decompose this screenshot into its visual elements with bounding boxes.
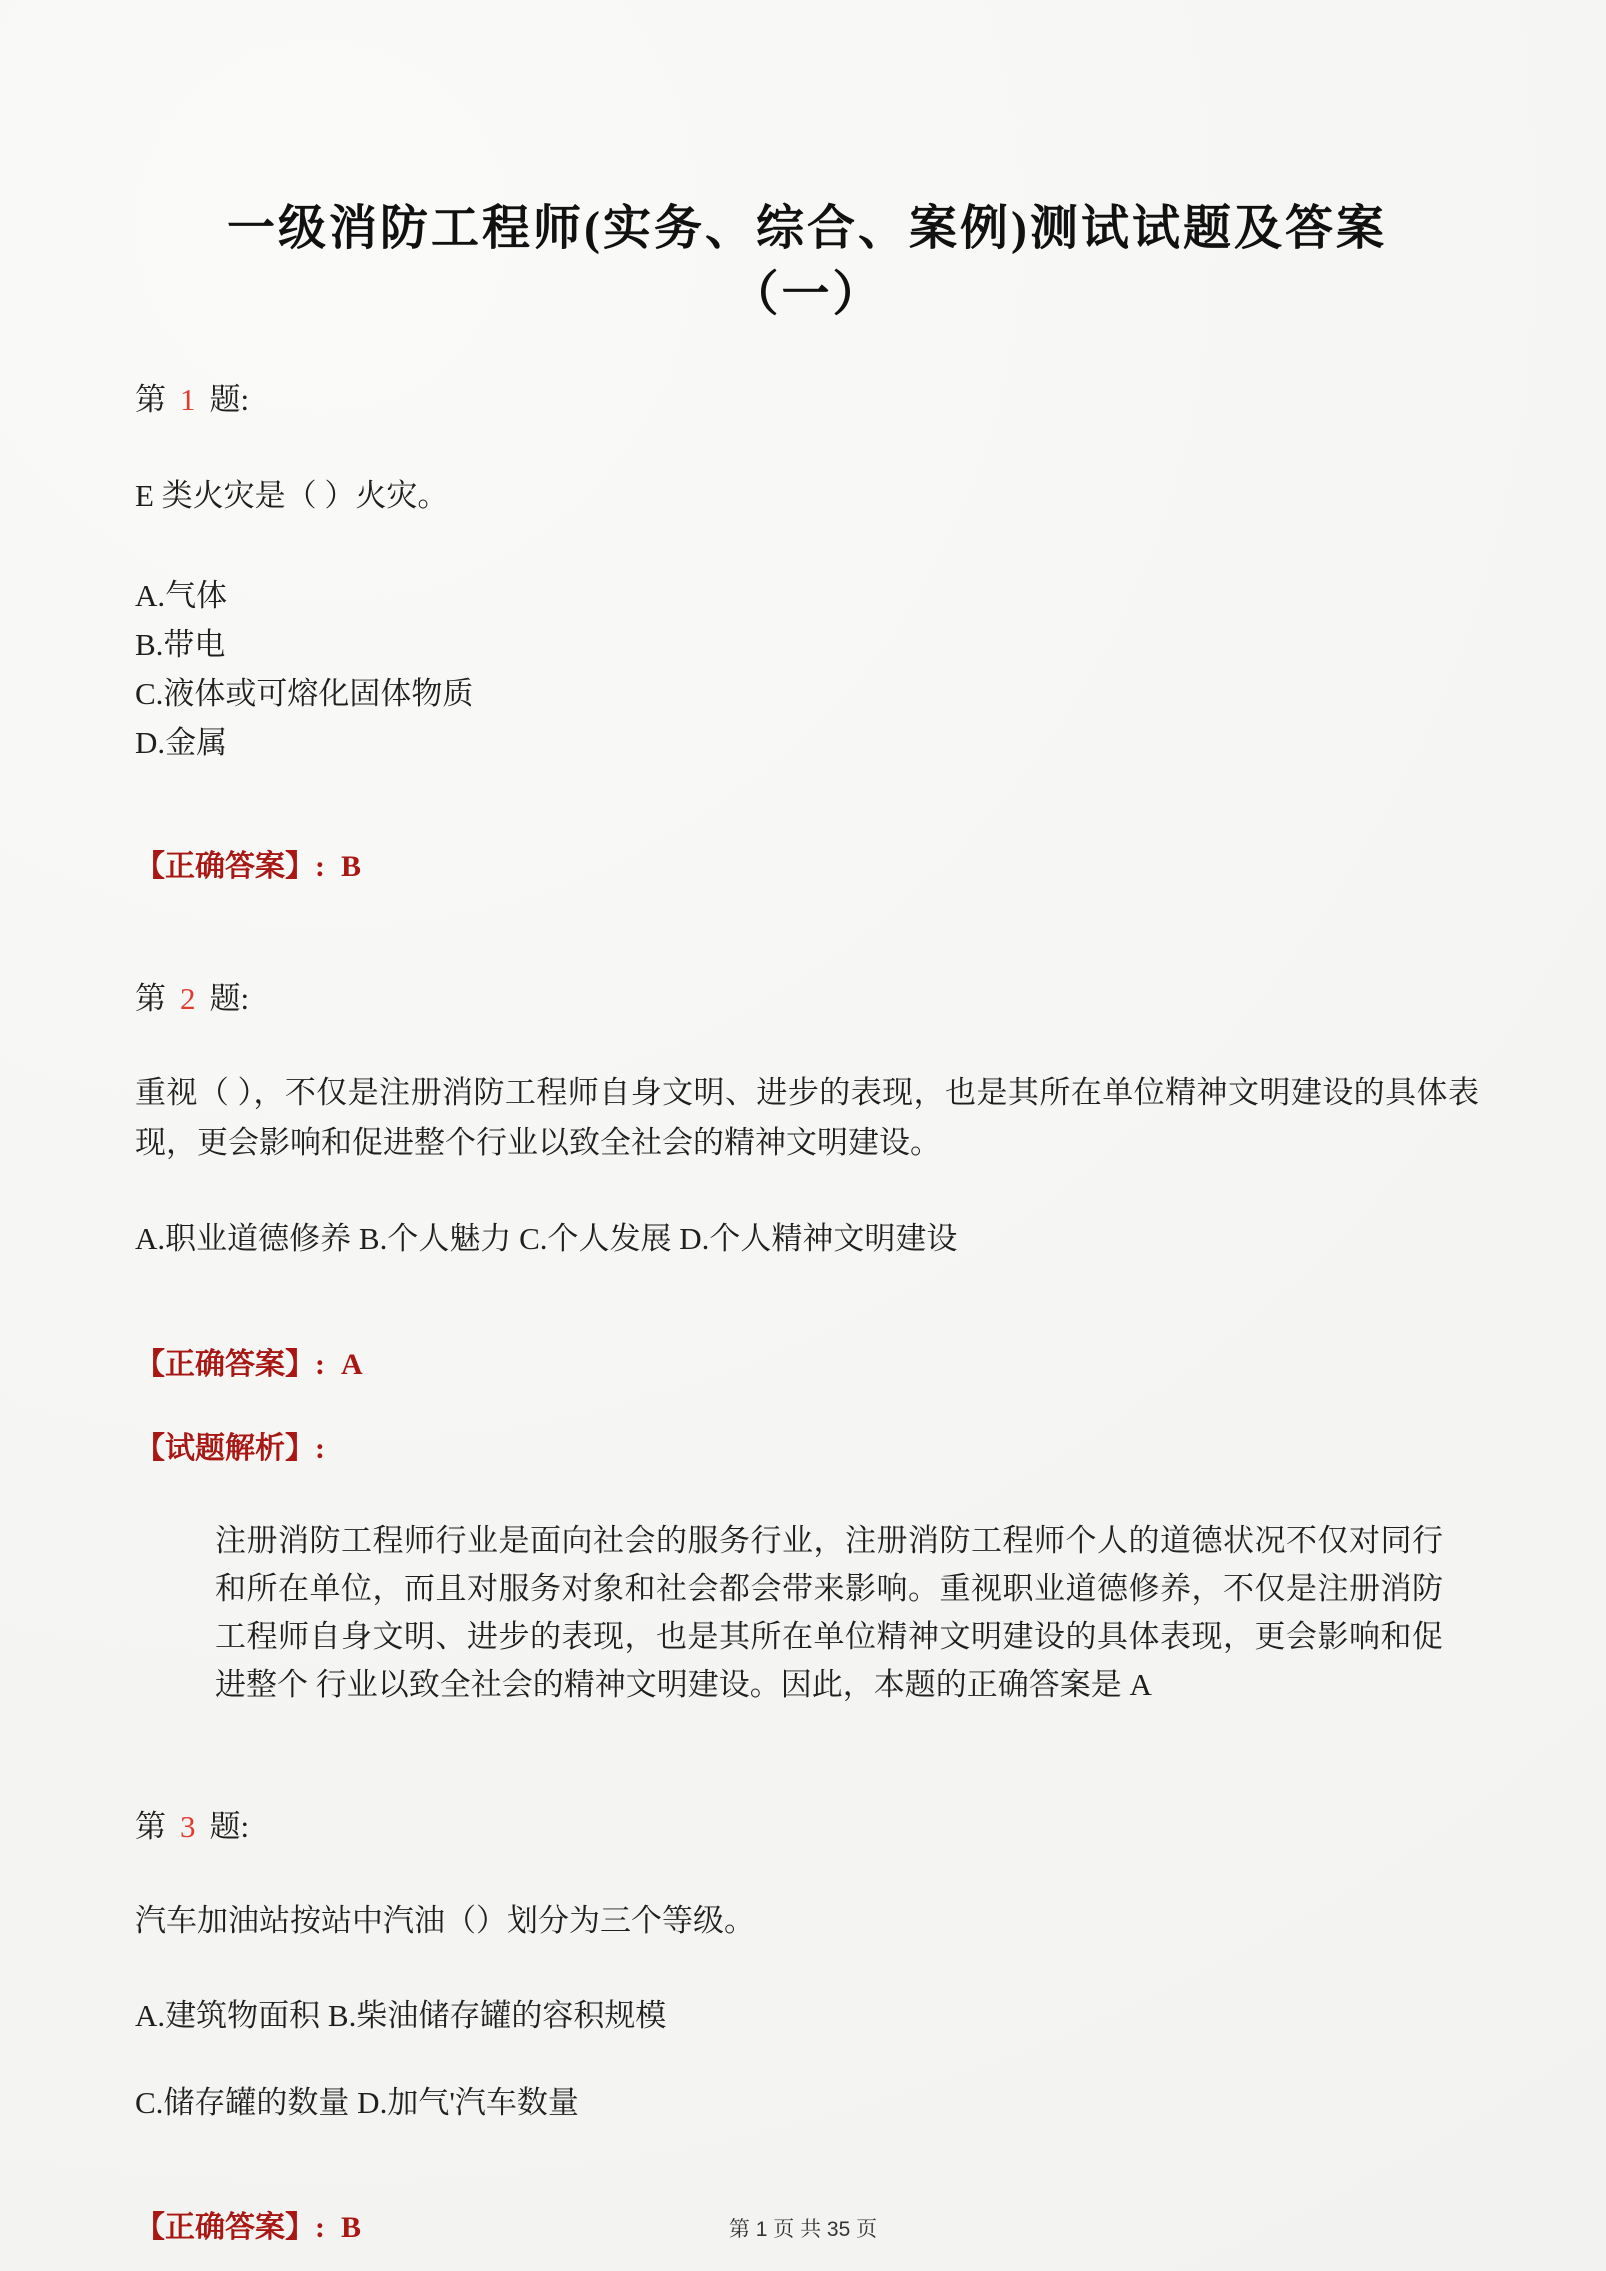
page-title-line2: （一） <box>135 262 1479 328</box>
question-3-options-row-cd: C.储存罐的数量 D.加气'汽车数量 <box>135 2077 1479 2122</box>
question-1-option-d: D.金属 <box>135 718 1479 767</box>
question-1-options: A.气体 B.带电 C.液体或可熔化固体物质 D.金属 <box>135 571 1479 767</box>
question-2-answer: A <box>341 1348 363 1381</box>
question-3-number: 3 <box>180 1809 196 1844</box>
page-title: 一级消防工程师(实务、综合、案例)测试试题及答案 （一） <box>135 0 1479 328</box>
question-1-answer-line: 【正确答案】:B <box>135 841 1479 885</box>
question-2-options: A.职业道德修养 B.个人魅力 C.个人发展 D.个人精神文明建设 <box>135 1214 1479 1263</box>
question-prefix: 第 <box>135 382 166 417</box>
question-2-options-row: A.职业道德修养 B.个人魅力 C.个人发展 D.个人精神文明建设 <box>135 1214 1479 1263</box>
page-footer: 第 1 页 共 35 页 <box>0 2213 1606 2243</box>
question-2-stem: 重视（ ），不仅是注册消防工程师自身文明、进步的表现，也是其所在单位精神文明建设… <box>135 1068 1479 1168</box>
question-suffix: 题: <box>210 382 250 417</box>
question-1-option-b: B.带电 <box>135 620 1479 669</box>
question-suffix: 题: <box>210 981 250 1016</box>
question-3-options: A.建筑物面积 B.柴油储存罐的容积规模 C.储存罐的数量 D.加气'汽车数量 <box>135 1990 1479 2122</box>
page-title-line1: 一级消防工程师(实务、综合、案例)测试试题及答案 <box>135 196 1479 262</box>
question-2-header: 第2题: <box>135 973 1479 1018</box>
question-1-stem: E 类火灾是（ ）火灾。 <box>135 471 1479 521</box>
correct-answer-label: 【正确答案】: <box>135 850 325 883</box>
document-content: 一级消防工程师(实务、综合、案例)测试试题及答案 （一） 第1题: E 类火灾是… <box>0 0 1606 2246</box>
question-2-analysis-text: 注册消防工程师行业是面向社会的服务行业，注册消防工程师个人的道德状况不仅对同行和… <box>215 1517 1443 1709</box>
analysis-label: 【试题解析】: <box>135 1432 325 1465</box>
question-3-header: 第3题: <box>135 1801 1479 1846</box>
question-2-answer-line: 【正确答案】:A <box>135 1339 1479 1383</box>
question-1-option-a: A.气体 <box>135 571 1479 620</box>
question-1-answer: B <box>341 850 361 883</box>
question-prefix: 第 <box>135 1809 166 1844</box>
question-2-number: 2 <box>180 981 196 1016</box>
question-2-analysis-label: 【试题解析】: <box>135 1423 1479 1467</box>
question-prefix: 第 <box>135 981 166 1016</box>
question-3-options-row-ab: A.建筑物面积 B.柴油储存罐的容积规模 <box>135 1990 1479 2035</box>
question-1-number: 1 <box>180 382 196 417</box>
correct-answer-label: 【正确答案】: <box>135 1348 325 1381</box>
question-suffix: 题: <box>210 1809 250 1844</box>
question-1-header: 第1题: <box>135 374 1479 419</box>
document-page: 一级消防工程师(实务、综合、案例)测试试题及答案 （一） 第1题: E 类火灾是… <box>0 0 1606 2271</box>
question-3-stem: 汽车加油站按站中汽油（）划分为三个等级。 <box>135 1896 1479 1946</box>
question-1-option-c: C.液体或可熔化固体物质 <box>135 669 1479 718</box>
